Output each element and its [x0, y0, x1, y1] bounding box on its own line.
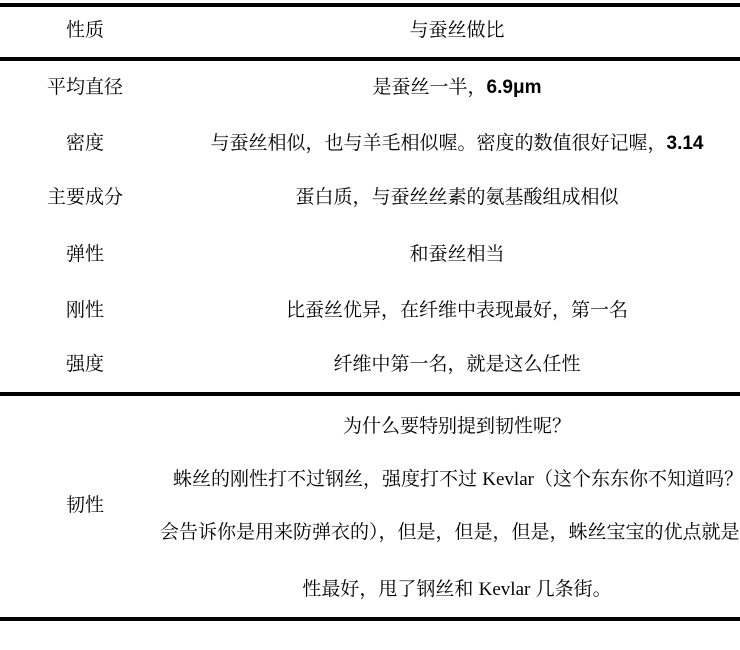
- table-rule-mid-section: [0, 392, 740, 396]
- row-value-strength: 纤维中第一名，就是这么任性: [174, 354, 740, 376]
- row-value-text: 是蚕丝一半，: [373, 77, 487, 98]
- silk-comparison-table: 性质 与蚕丝做比 平均直径 是蚕丝一半，6.9μm 密度 与蚕丝相似，也与羊毛相…: [0, 0, 740, 650]
- row-label-average-diameter: 平均直径: [0, 77, 170, 99]
- column-header-comparison: 与蚕丝做比: [174, 20, 740, 42]
- toughness-paragraph-line1: 为什么要特别提到韧性呢？: [174, 416, 740, 438]
- line2-text-post: （这个东东你不知道吗？我不: [534, 469, 740, 490]
- line4-text-post: 几条街。: [530, 579, 611, 600]
- row-value-bold: 6.9μm: [487, 77, 542, 98]
- row-label-main-composition: 主要成分: [0, 187, 170, 209]
- row-label-toughness: 韧性: [0, 495, 170, 517]
- row-value-average-diameter: 是蚕丝一半，6.9μm: [174, 77, 740, 99]
- line4-text-pre: 性最好，甩了钢丝和: [302, 579, 478, 600]
- toughness-paragraph-line3: 会告诉你是用来防弹衣的），但是，但是，但是，蛛丝宝宝的优点就是韧: [160, 522, 740, 544]
- toughness-paragraph-line2: 蛛丝的刚性打不过钢丝，强度打不过 Kevlar（这个东东你不知道吗？我不: [173, 469, 740, 491]
- line2-text-pre: 蛛丝的刚性打不过钢丝，强度打不过: [173, 469, 482, 490]
- row-label-rigidity: 刚性: [0, 300, 170, 322]
- row-value-elasticity: 和蚕丝相当: [174, 244, 740, 266]
- column-header-property: 性质: [0, 20, 170, 42]
- row-value-text: 比蚕丝优异，在纤维中表现最好，第一名: [286, 300, 628, 321]
- row-value-rigidity: 比蚕丝优异，在纤维中表现最好，第一名: [174, 300, 740, 322]
- row-label-strength: 强度: [0, 354, 170, 376]
- table-rule-bottom: [0, 617, 740, 621]
- row-value-text: 纤维中第一名，就是这么任性: [333, 354, 580, 375]
- line2-kevlar-text: Kevlar: [482, 469, 534, 490]
- row-value-density: 与蚕丝相似，也与羊毛相似喔。密度的数值很好记喔，3.14: [174, 133, 740, 155]
- toughness-paragraph-line4: 性最好，甩了钢丝和 Kevlar 几条街。: [174, 579, 740, 601]
- row-value-text: 与蚕丝相似，也与羊毛相似喔。密度的数值很好记喔，: [211, 133, 667, 154]
- line4-kevlar-text: Kevlar: [479, 579, 531, 600]
- row-value-main-composition: 蛋白质，与蚕丝丝素的氨基酸组成相似: [174, 187, 740, 209]
- row-label-density: 密度: [0, 133, 170, 155]
- table-rule-top: [0, 3, 740, 7]
- row-value-text: 蛋白质，与蚕丝丝素的氨基酸组成相似: [295, 187, 618, 208]
- row-label-elasticity: 弹性: [0, 244, 170, 266]
- row-value-bold: 3.14: [667, 133, 704, 154]
- row-value-text: 和蚕丝相当: [409, 244, 504, 265]
- table-rule-below-header: [0, 57, 740, 61]
